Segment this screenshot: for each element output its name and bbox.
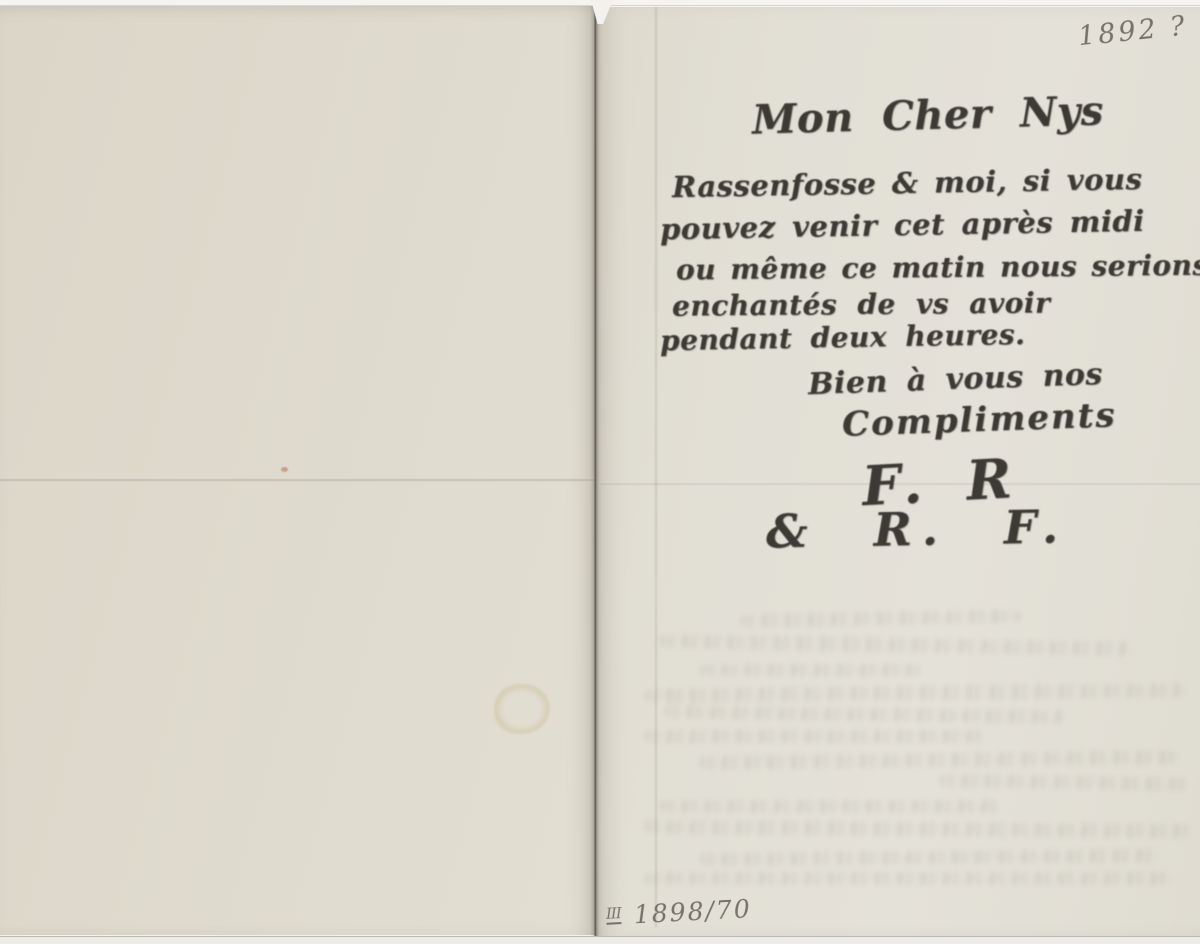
showthrough-smudge [660,800,1000,813]
letter-scan: 1892 ? Mon Cher Nys Rassenfosse & moi, s… [0,0,1200,944]
showthrough-smudge [700,664,920,676]
showthrough-smudge [645,730,985,743]
letter-line-3: ou même ce matin nous serions [676,249,1200,287]
right-page-vertical-crease [655,7,657,927]
letter-line-5: pendant deux heures. [660,318,1026,357]
center-fold-shadow [590,0,602,938]
showthrough-smudge [645,872,1175,885]
scanner-bottom-edge [0,936,1200,944]
small-red-mark [281,467,288,472]
inventory-number: 1898/70 [633,894,752,929]
left-page-fold-crease [0,478,594,482]
letter-line-salutation: Mon Cher Nys [751,87,1104,143]
inventory-prefix: III [605,904,621,925]
blank-left-page [0,5,595,935]
signature-initials-rf: & R. F. [766,499,1069,558]
letter-line-4: enchantés de vs avoir [672,286,1051,322]
